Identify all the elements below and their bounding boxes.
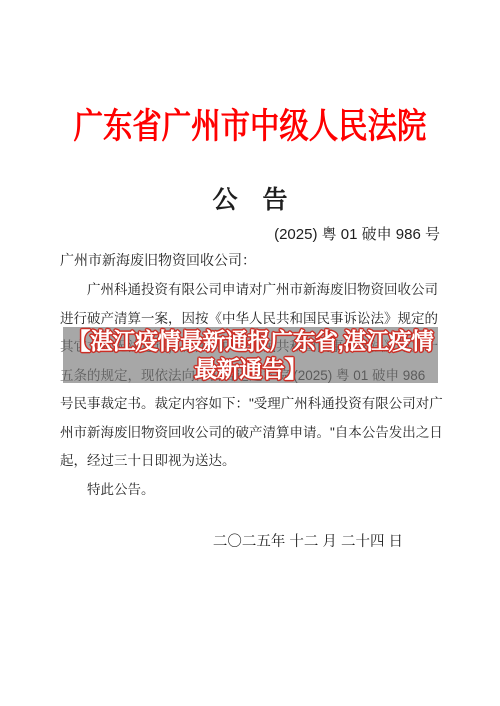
body-paragraph: 广州科通投资有限公司申请对广州市新海废旧物资回收公司 进行破产清算一案，因按《中… xyxy=(60,276,440,504)
announcement-page: 广东省广州市中级人民法院 公 告 (2025) 粤 01 破申 986 号 广州… xyxy=(0,0,500,706)
court-title: 广东省广州市中级人民法院 xyxy=(40,105,460,149)
body-line: 广州科通投资有限公司申请对广州市新海废旧物资回收公司 xyxy=(60,276,440,305)
seo-overlay-banner: 【湛江疫情最新通报广东省,湛江疫情 最新通告】 xyxy=(63,327,438,383)
banner-line-2: 最新通告】 xyxy=(63,355,438,383)
body-line: 号民事裁定书。裁定内容如下："受理广州科通投资有限公司对广 xyxy=(60,390,440,419)
addressee-line: 广州市新海废旧物资回收公司： xyxy=(60,250,440,271)
closing-line: 特此公告。 xyxy=(60,476,440,505)
date-line: 二〇二五年 十二 月 二十四 日 xyxy=(60,531,403,553)
case-number: (2025) 粤 01 破申 986 号 xyxy=(60,224,440,246)
body-line: 州市新海废旧物资回收公司的破产清算申请。"自本公告发出之日 xyxy=(60,419,440,448)
notice-title: 公 告 xyxy=(0,185,500,215)
banner-line-1: 【湛江疫情最新通报广东省,湛江疫情 xyxy=(63,327,438,355)
body-line: 起，经过三十日即视为送达。 xyxy=(60,447,440,476)
